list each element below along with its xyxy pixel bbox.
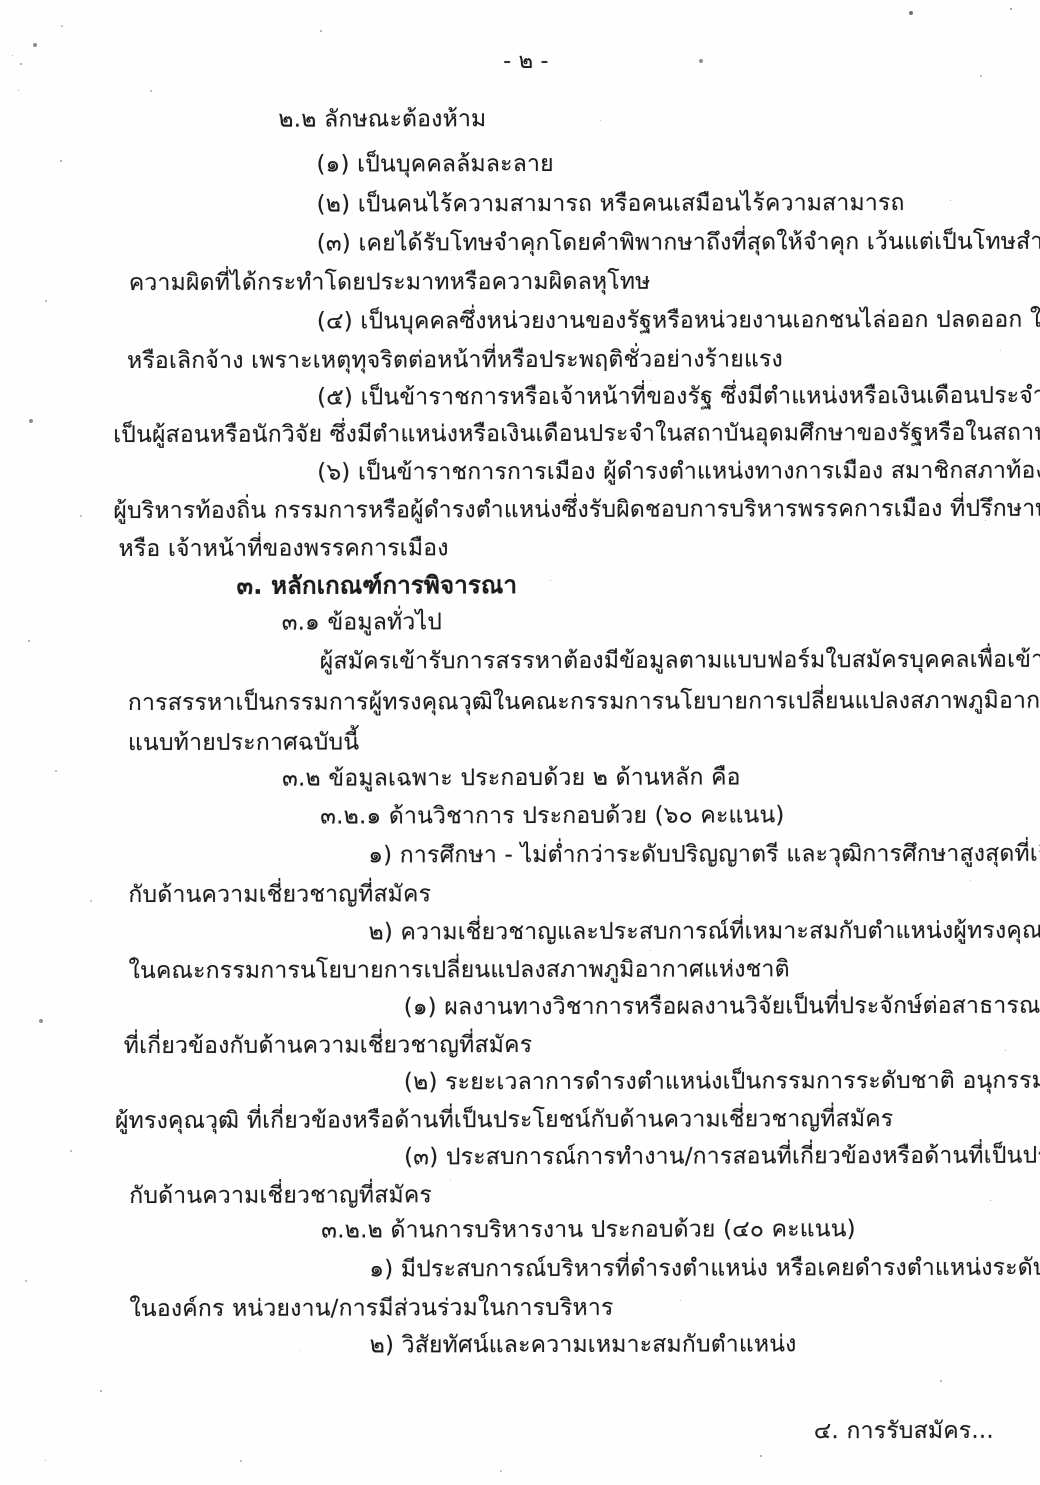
clause-2-2-item-4-cont: หรือเลิกจ้าง เพราะเหตุทุจริตต่อหน้าที่หร… — [127, 345, 783, 375]
section-3-2-1-item-2: ๒) ความเชี่ยวชาญและประสบการณ์ที่เหมาะสมก… — [368, 917, 1040, 948]
clause-2-2-item-4: (๔) เป็นบุคคลซึ่งหน่วยงานของรัฐหรือหน่วย… — [317, 305, 1040, 336]
clause-2-2-item-5-cont: เป็นผู้สอนหรือนักวิจัย ซึ่งมีตำแหน่งหรือ… — [113, 418, 1040, 450]
section-3-2-1-item-2-cont: ในคณะกรรมการนโยบายการเปลี่ยนแปลงสภาพภูมิ… — [129, 955, 790, 985]
page-number: - ๒ - — [503, 48, 548, 76]
section-3-heading: ๓. หลักเกณฑ์การพิจารณา — [237, 570, 518, 601]
section-3-1-heading: ๓.๑ ข้อมูลทั่วไป — [282, 608, 442, 637]
section-3-2-1-subitem-3-cont: กับด้านความเชี่ยวชาญที่สมัคร — [129, 1181, 432, 1211]
section-3-2-1-heading: ๓.๒.๑ ด้านวิชาการ ประกอบด้วย (๖๐ คะแนน) — [320, 801, 784, 831]
section-3-2-1-item-1-cont: กับด้านความเชี่ยวชาญที่สมัคร — [128, 880, 431, 910]
continuation-catchword: ๔. การรับสมัคร... — [814, 1417, 994, 1446]
section-3-1-paragraph-line-1: ผู้สมัครเข้ารับการสรรหาต้องมีข้อมูลตามแบ… — [320, 646, 1040, 677]
section-3-2-2-heading: ๓.๒.๒ ด้านการบริหารงาน ประกอบด้วย (๔๐ คะ… — [321, 1215, 856, 1245]
clause-2-2-item-6: (๖) เป็นข้าราชการการเมือง ผู้ดำรงตำแหน่ง… — [317, 457, 1040, 488]
clause-2-2-item-3: (๓) เคยได้รับโทษจำคุกโดยคำพิพากษาถึงที่ส… — [317, 228, 1040, 259]
section-3-2-2-item-1-cont: ในองค์กร หน่วยงาน/การมีส่วนร่วมในการบริห… — [129, 1294, 613, 1324]
section-3-2-1-item-1: ๑) การศึกษา - ไม่ต่ำกว่าระดับปริญญาตรี แ… — [368, 839, 1040, 870]
section-3-1-paragraph-line-2: การสรรหาเป็นกรรมการผู้ทรงคุณวุฒิในคณะกรร… — [128, 686, 1040, 717]
section-3-2-1-subitem-2-cont: ผู้ทรงคุณวุฒิ ที่เกี่ยวข้องหรือด้านที่เป… — [115, 1105, 893, 1136]
section-3-1-paragraph-line-3: แนบท้ายประกาศฉบับนี้ — [128, 728, 359, 757]
section-3-2-2-item-2: ๒) วิสัยทัศน์และความเหมาะสมกับตำแหน่ง — [370, 1330, 797, 1360]
page-content: - ๒ - ๒.๒ ลักษณะต้องห้าม (๑) เป็นบุคคลล้… — [0, 0, 1040, 1485]
clause-2-2-item-5: (๕) เป็นข้าราชการหรือเจ้าหน้าที่ของรัฐ ซ… — [317, 381, 1040, 412]
section-3-2-2-item-1: ๑) มีประสบการณ์บริหารที่ดำรงตำแหน่ง หรือ… — [369, 1253, 1040, 1284]
section-3-2-1-subitem-1-cont: ที่เกี่ยวข้องกับด้านความเชี่ยวชาญที่สมัค… — [124, 1031, 533, 1061]
section-3-2-heading: ๓.๒ ข้อมูลเฉพาะ ประกอบด้วย ๒ ด้านหลัก คื… — [282, 763, 741, 793]
clause-2-2-item-6-cont-1: ผู้บริหารท้องถิ่น กรรมการหรือผู้ดำรงตำแห… — [113, 494, 1040, 526]
section-3-2-1-subitem-2: (๒) ระยะเวลาการดำรงตำแหน่งเป็นกรรมการระด… — [404, 1067, 1040, 1098]
scanned-page: - ๒ - ๒.๒ ลักษณะต้องห้าม (๑) เป็นบุคคลล้… — [0, 0, 1040, 1485]
section-3-2-1-subitem-3: (๓) ประสบการณ์การทำงาน/การสอนที่เกี่ยวข้… — [404, 1141, 1040, 1172]
clause-2-2-item-6-cont-2: หรือ เจ้าหน้าที่ของพรรคการเมือง — [118, 534, 448, 564]
section-3-2-1-subitem-1: (๑) ผลงานทางวิชาการหรือผลงานวิจัยเป็นที่… — [404, 992, 1040, 1023]
clause-2-2-item-2: (๒) เป็นคนไร้ความสามารถ หรือคนเสมือนไร้ค… — [317, 189, 905, 219]
clause-2-2-item-3-cont: ความผิดที่ได้กระทำโดยประมาทหรือความผิดลห… — [129, 268, 651, 298]
section-2-2-heading: ๒.๒ ลักษณะต้องห้าม — [278, 105, 486, 134]
clause-2-2-item-1: (๑) เป็นบุคคลล้มละลาย — [316, 150, 553, 179]
